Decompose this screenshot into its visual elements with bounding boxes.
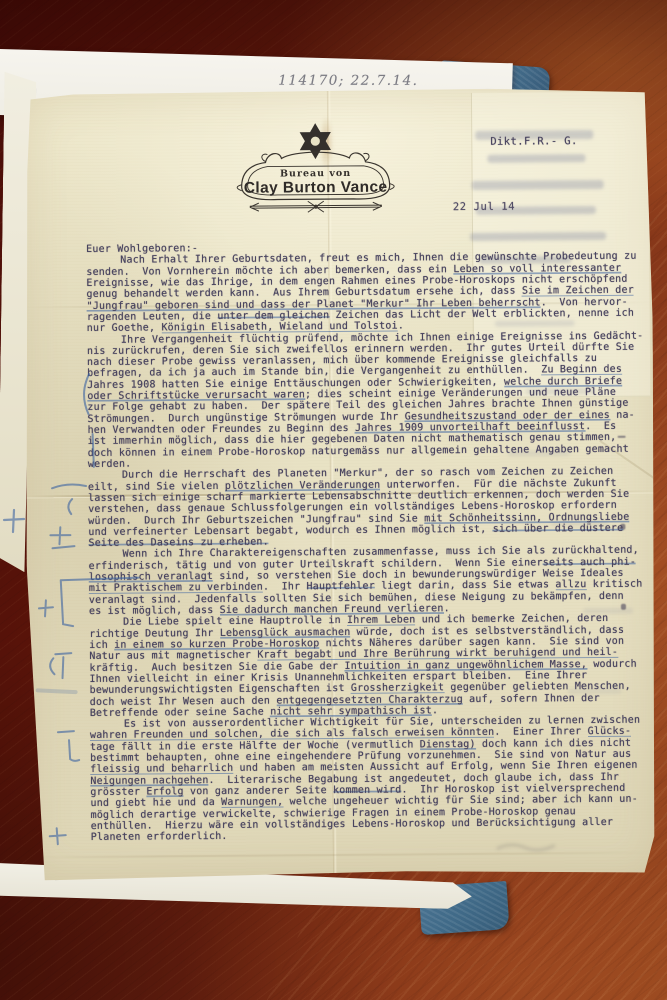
star-of-david-icon bbox=[300, 123, 331, 159]
underlined-phrase: fleissig und beharrlich bbox=[90, 763, 233, 775]
struck-phrase: sich über die düstere bbox=[493, 523, 624, 535]
underlined-phrase: Leben so voll interessanter bbox=[453, 262, 621, 274]
letterhead: Bureau von Clay Burton Vance bbox=[215, 111, 416, 217]
underlined-phrase: mit Praktischem zu verbinden bbox=[89, 582, 263, 594]
underlined-phrase: plötzlichen Veränderungen bbox=[225, 479, 381, 491]
underlined-phrase: entgegengesetzten Charakterzug bbox=[276, 694, 463, 706]
underlined-phrase: allzu bbox=[555, 579, 586, 590]
struck-phrase: seits auch phi- bbox=[543, 556, 636, 568]
underlined-phrase: welche durch Briefe bbox=[504, 376, 622, 388]
underlined-phrase: Königin Elisabeth, Wieland und Tolstoi bbox=[161, 321, 397, 334]
ghost-text-smudge bbox=[472, 180, 604, 190]
dictation-note: Dikt.F.R.- G. bbox=[490, 135, 577, 148]
underlined-phrase: mit Schönheitssinn, Ordnungsliebe bbox=[424, 511, 629, 524]
letter-paragraphs: Nach Erhalt Ihrer Geburtsdaten, freut es… bbox=[86, 251, 653, 844]
ghost-text-smudge bbox=[487, 154, 585, 163]
letter-body: Euer Wohlgeboren:- Nach Erhalt Ihrer Geb… bbox=[86, 240, 653, 844]
underlined-phrase: Sie im Zeichen der bbox=[522, 285, 634, 297]
underlined-phrase: Neigungen nachgehen bbox=[90, 775, 208, 787]
underlined-phrase: Grossherzigkeit bbox=[351, 682, 444, 694]
struck-phrase: unter dem gleichen bbox=[217, 310, 329, 322]
letterhead-bureau-text: Bureau von bbox=[280, 168, 351, 180]
underlined-phrase: Glücks- bbox=[588, 726, 632, 737]
file-number-annotation: 114170; 22.7.14. bbox=[278, 73, 418, 89]
struck-phrase: Hauptfehler bbox=[307, 581, 376, 593]
margin-mark-cross bbox=[2, 506, 28, 536]
underlined-phrase: Warnungen, bbox=[221, 797, 283, 808]
underlined-phrase: Lebensglück ausmachen bbox=[220, 627, 351, 639]
underlined-phrase: Ihrem Leben bbox=[347, 615, 416, 627]
letterhead-name-text: Clay Burton Vance bbox=[244, 179, 388, 197]
struck-phrase: kommen wird bbox=[333, 785, 402, 797]
letter-page: Bureau von Clay Burton Vance Dikt.F.R.- … bbox=[23, 88, 657, 881]
underlined-phrase: Erfolg bbox=[146, 786, 183, 797]
pencil-smudge bbox=[491, 836, 571, 859]
date-stamp: 22 Jul 14 bbox=[453, 201, 515, 213]
underlined-phrase: Zu Beginn des bbox=[541, 364, 622, 376]
underlined-phrase: Dienstag) bbox=[420, 739, 476, 750]
letterhead-flourish bbox=[250, 201, 382, 213]
